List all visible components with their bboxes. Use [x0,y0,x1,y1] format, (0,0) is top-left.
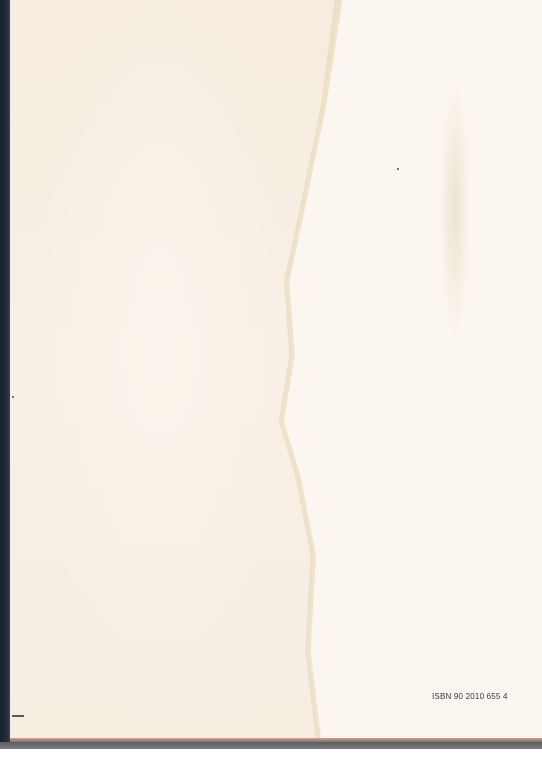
speck [397,168,399,170]
isbn-label: ISBN 90 2010 655 4 [432,692,508,701]
scan-shadow-band [0,742,542,749]
book-spine-edge [0,0,10,742]
pencil-mark [12,715,24,717]
stain-spot [440,80,470,340]
speck [12,396,14,398]
scanned-page: ISBN 90 2010 655 4 [0,0,542,768]
